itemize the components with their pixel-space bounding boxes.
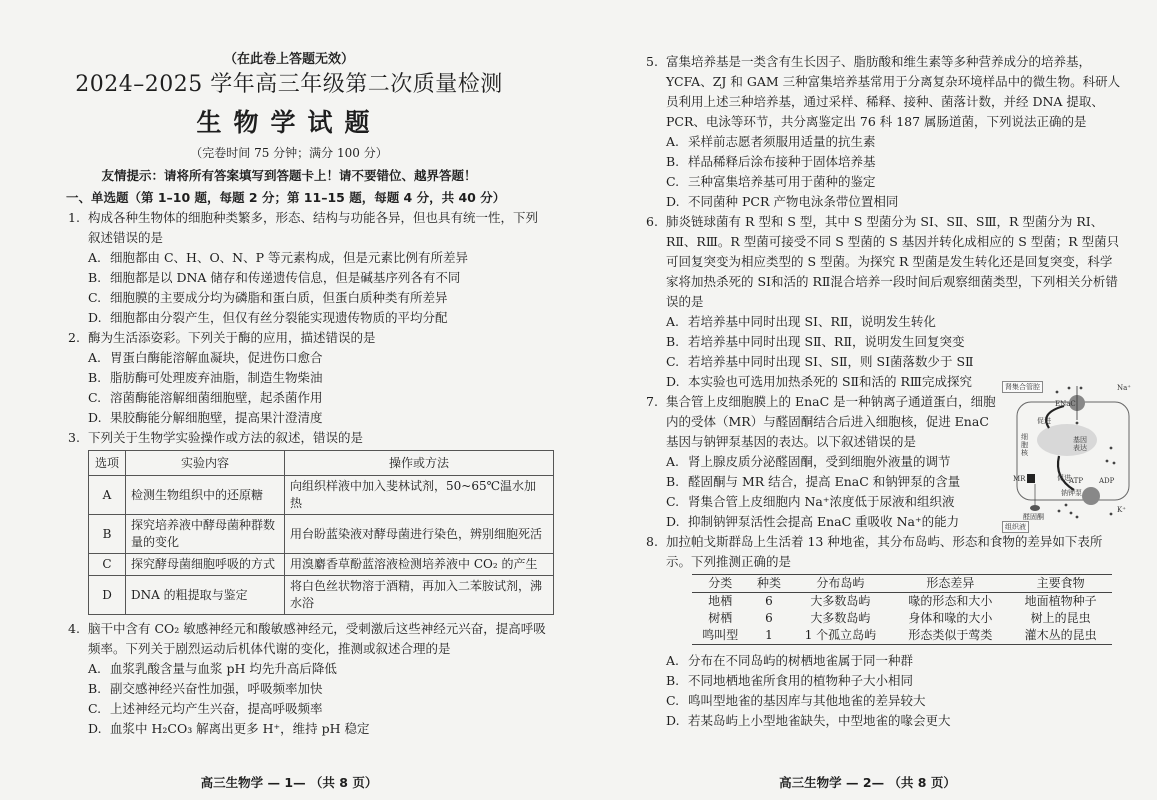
option-text: 果胶酶能分解细胞壁，提高果汁澄清度 [110, 408, 323, 428]
question-7: 7.集合管上皮细胞膜上的 EnaC 是一种钠离子通道蛋白，细胞内的受体（MR）与… [646, 392, 996, 532]
option-label: A. [666, 452, 688, 472]
question-8: 8.加拉帕戈斯群岛上生活着 13 种地雀，其分布岛屿、形态和食物的差异如下表所示… [646, 532, 1124, 731]
table-cell: 用台盼蓝染液对酵母菌进行染色，辨别细胞死活 [285, 515, 554, 554]
question-number: 2. [68, 328, 88, 348]
option-text: 副交感神经兴奋性加强，呼吸频率加快 [110, 679, 323, 699]
mr-label: MR [1013, 475, 1025, 483]
question-stem: 加拉帕戈斯群岛上生活着 13 种地雀，其分布岛屿、形态和食物的差异如下表所示。下… [666, 532, 1124, 572]
option-c: C.鸣叫型地雀的基因库与其他地雀的差异较大 [646, 691, 1124, 711]
question-stem: 构成各种生物体的细胞种类繁多，形态、结构与功能各异，但也具有统一性，下列叙述错误… [88, 208, 546, 248]
option-text: 脂肪酶可处理废弃油脂，制造生物柴油 [110, 368, 323, 388]
option-label: D. [666, 372, 688, 392]
invalid-notice: （在此卷上答题无效） [0, 48, 578, 67]
option-text: 采样前志愿者须服用适量的抗生素 [688, 132, 876, 152]
option-b: B.副交感神经兴奋性加强，呼吸频率加快 [68, 679, 546, 699]
option-d: D.细胞都由分裂产生，但仅有丝分裂能实现遗传物质的平均分配 [68, 308, 546, 328]
table-cell: 形态类似于莺类 [891, 627, 1009, 645]
option-label: C. [88, 699, 110, 719]
option-label: B. [88, 679, 110, 699]
question-number: 7. [646, 392, 666, 452]
option-text: 肾上腺皮质分泌醛固酮，受到细胞外液量的调节 [688, 452, 951, 472]
table-cell: B [89, 515, 126, 554]
table-cell: 大多数岛屿 [789, 593, 891, 611]
question-stem: 酶为生活添姿彩。下列关于酶的应用，描述错误的是 [88, 328, 546, 348]
option-text: 细胞都由 C、H、O、N、P 等元素构成，但是元素比例有所差异 [110, 248, 468, 268]
table-row: 地栖 6 大多数岛屿 喙的形态和大小 地面植物种子 [692, 593, 1112, 611]
option-text: 鸣叫型地雀的基因库与其他地雀的差异较大 [688, 691, 926, 711]
finch-table: 分类 种类 分布岛屿 形态差异 主要食物 地栖 6 大多数岛屿 喙的形态和大小 … [692, 574, 1112, 645]
table-header: 选项 [89, 451, 126, 476]
question-3: 3.下列关于生物学实验操作或方法的叙述，错误的是 选项 实验内容 操作或方法 A… [68, 428, 546, 615]
option-d: D.抑制钠钾泵活性会提高 EnaC 重吸收 Na⁺的能力 [646, 512, 996, 532]
question-4: 4.脑干中含有 CO₂ 敏感神经元和酸敏感神经元，受刺激后这些神经元兴奋，提高呼… [68, 619, 546, 739]
table-row: C 探究酵母菌细胞呼吸的方式 用溴麝香草酚蓝溶液检测培养液中 CO₂ 的产生 [89, 554, 554, 576]
table-cell: 1 [748, 627, 789, 645]
option-text: 若培养基中同时出现 SⅡ、RⅡ，说明发生回复突变 [688, 332, 964, 352]
table-cell: 鸣叫型 [692, 627, 748, 645]
na-label: Na⁺ [1117, 384, 1131, 392]
option-a: A.采样前志愿者须服用适量的抗生素 [646, 132, 1124, 152]
table-header: 操作或方法 [285, 451, 554, 476]
table-cell: 将白色丝状物溶于酒精，再加入二苯胺试剂，沸水浴 [285, 576, 554, 615]
option-label: A. [88, 348, 110, 368]
option-d: D.果胶酶能分解细胞壁，提高果汁澄清度 [68, 408, 546, 428]
option-a: A.胃蛋白酶能溶解血凝块，促进伤口愈合 [68, 348, 546, 368]
experiment-table: 选项 实验内容 操作或方法 A 检测生物组织中的还原糖 向组织样液中加入斐林试剂… [88, 450, 554, 615]
option-label: B. [666, 671, 688, 691]
option-text: 样品稀释后涂布接种于固体培养基 [688, 152, 876, 172]
question-number: 1. [68, 208, 88, 248]
option-c: C.若培养基中同时出现 SⅠ、SⅡ，则 SⅠ菌落数少于 SⅡ [646, 352, 1124, 372]
exam-title: 2024–2025 学年高三年级第二次质量检测 [0, 67, 578, 98]
option-text: 肾集合管上皮细胞内 Na⁺浓度低于尿液和组织液 [688, 492, 954, 512]
table-row: 树栖 6 大多数岛屿 身体和喙的大小 树上的昆虫 [692, 610, 1112, 627]
option-d: D.若某岛屿上小型地雀缺失，中型地雀的喙会更大 [646, 711, 1124, 731]
option-a: A.若培养基中同时出现 SⅠ、RⅡ，说明发生转化 [646, 312, 1124, 332]
option-label: A. [666, 312, 688, 332]
option-label: C. [666, 352, 688, 372]
question-2: 2.酶为生活添姿彩。下列关于酶的应用，描述错误的是 A.胃蛋白酶能溶解血凝块，促… [68, 328, 546, 428]
table-cell: 树上的昆虫 [1009, 610, 1112, 627]
table-cell: 6 [748, 610, 789, 627]
option-text: 细胞都是以 DNA 储存和传递遗传信息，但是碱基序列各有不同 [110, 268, 460, 288]
table-cell: 用溴麝香草酚蓝溶液检测培养液中 CO₂ 的产生 [285, 554, 554, 576]
table-cell: 探究培养液中酵母菌种群数量的变化 [126, 515, 285, 554]
option-c: C.上述神经元均产生兴奋，提高呼吸频率 [68, 699, 546, 719]
option-b: B.不同地栖地雀所食用的植物种子大小相同 [646, 671, 1124, 691]
option-label: A. [88, 248, 110, 268]
table-cell: A [89, 476, 126, 515]
table-cell: 身体和喙的大小 [891, 610, 1009, 627]
question-number: 4. [68, 619, 88, 659]
option-a: A.细胞都由 C、H、O、N、P 等元素构成，但是元素比例有所差异 [68, 248, 546, 268]
table-cell: 树栖 [692, 610, 748, 627]
table-header: 种类 [748, 575, 789, 593]
option-text: 若某岛屿上小型地雀缺失，中型地雀的喙会更大 [688, 711, 951, 731]
table-cell: C [89, 554, 126, 576]
question-stem: 集合管上皮细胞膜上的 EnaC 是一种钠离子通道蛋白，细胞内的受体（MR）与醛固… [666, 392, 996, 452]
option-c: C.三种富集培养基可用于菌种的鉴定 [646, 172, 1124, 192]
table-header: 分布岛屿 [789, 575, 891, 593]
table-cell: 6 [748, 593, 789, 611]
option-label: D. [666, 512, 688, 532]
option-label: C. [88, 388, 110, 408]
option-b: B.醛固酮与 MR 结合，提高 EnaC 和钠钾泵的含量 [646, 472, 996, 492]
option-text: 抑制钠钾泵活性会提高 EnaC 重吸收 Na⁺的能力 [688, 512, 959, 532]
lumen-label: 肾集合管腔 [1002, 381, 1043, 393]
table-cell: 大多数岛屿 [789, 610, 891, 627]
option-label: C. [88, 288, 110, 308]
question-stem: 富集培养基是一类含有生长因子、脂肪酸和维生素等多种营养成分的培养基，YCFA、Z… [666, 52, 1124, 132]
option-label: C. [666, 691, 688, 711]
collecting-duct-cell-diagram: 肾集合管腔 ENaC Na⁺ 促进 细胞核 基因表达 MR 促进 ATP ADP… [999, 378, 1149, 530]
question-stem: 下列关于生物学实验操作或方法的叙述，错误的是 [88, 428, 546, 448]
option-text: 胃蛋白酶能溶解血凝块，促进伤口愈合 [110, 348, 323, 368]
atp-label: ATP [1069, 477, 1083, 485]
table-row: 鸣叫型 1 1 个孤立岛屿 形态类似于莺类 灌木丛的昆虫 [692, 627, 1112, 645]
option-text: 血浆乳酸含量与血浆 pH 均先升高后降低 [110, 659, 337, 679]
option-c: C.肾集合管上皮细胞内 Na⁺浓度低于尿液和组织液 [646, 492, 996, 512]
option-b: B.细胞都是以 DNA 储存和传递遗传信息，但是碱基序列各有不同 [68, 268, 546, 288]
subject-title: 生物学试题 [0, 103, 578, 139]
table-header: 分类 [692, 575, 748, 593]
exam-page-1: （在此卷上答题无效） 2024–2025 学年高三年级第二次质量检测 生物学试题… [0, 0, 578, 800]
table-cell: 地面植物种子 [1009, 593, 1112, 611]
table-header: 实验内容 [126, 451, 285, 476]
option-label: D. [88, 408, 110, 428]
option-label: A. [88, 659, 110, 679]
question-stem: 肺炎链球菌有 R 型和 S 型，其中 S 型菌分为 SⅠ、SⅡ、SⅢ，R 型菌分… [666, 212, 1124, 312]
pump-label: 钠钾泵 [1061, 488, 1082, 498]
option-a: A.肾上腺皮质分泌醛固酮，受到细胞外液量的调节 [646, 452, 996, 472]
table-row: D DNA 的粗提取与鉴定 将白色丝状物溶于酒精，再加入二苯胺试剂，沸水浴 [89, 576, 554, 615]
option-b: B.脂肪酶可处理废弃油脂，制造生物柴油 [68, 368, 546, 388]
option-text: 分布在不同岛屿的树栖地雀属于同一种群 [688, 651, 913, 671]
option-label: B. [88, 368, 110, 388]
option-text: 三种富集培养基可用于菌种的鉴定 [688, 172, 876, 192]
table-cell: 检测生物组织中的还原糖 [126, 476, 285, 515]
option-label: D. [666, 711, 688, 731]
question-1: 1.构成各种生物体的细胞种类繁多，形态、结构与功能各异，但也具有统一性，下列叙述… [68, 208, 546, 328]
option-label: C. [666, 172, 688, 192]
table-row: A 检测生物组织中的还原糖 向组织样液中加入斐林试剂，50~65℃温水加热 [89, 476, 554, 515]
table-row: B 探究培养液中酵母菌种群数量的变化 用台盼蓝染液对酵母菌进行染色，辨别细胞死活 [89, 515, 554, 554]
option-label: D. [88, 719, 110, 739]
option-text: 上述神经元均产生兴奋，提高呼吸频率 [110, 699, 323, 719]
option-d: D.不同菌种 PCR 产物电泳条带位置相同 [646, 192, 1124, 212]
option-b: B.若培养基中同时出现 SⅡ、RⅡ，说明发生回复突变 [646, 332, 1124, 352]
table-cell: DNA 的粗提取与鉴定 [126, 576, 285, 615]
nucleus-label: 细胞核 [1021, 433, 1029, 457]
question-number: 5. [646, 52, 666, 132]
table-cell: 喙的形态和大小 [891, 593, 1009, 611]
promote-label-1: 促进 [1037, 416, 1051, 426]
exam-page-2: 5.富集培养基是一类含有生长因子、脂肪酸和维生素等多种营养成分的培养基，YCFA… [578, 0, 1157, 800]
option-text: 不同地栖地雀所食用的植物种子大小相同 [688, 671, 913, 691]
option-d: D.血浆中 H₂CO₃ 解离出更多 H⁺，维持 pH 稳定 [68, 719, 546, 739]
option-label: B. [666, 152, 688, 172]
exam-meta: （完卷时间 75 分钟；满分 100 分） [0, 144, 578, 161]
option-label: A. [666, 132, 688, 152]
option-label: D. [666, 192, 688, 212]
table-cell: 探究酵母菌细胞呼吸的方式 [126, 554, 285, 576]
option-text: 血浆中 H₂CO₃ 解离出更多 H⁺，维持 pH 稳定 [110, 719, 370, 739]
option-c: C.溶菌酶能溶解细菌细胞壁，起杀菌作用 [68, 388, 546, 408]
page1-questions: 1.构成各种生物体的细胞种类繁多，形态、结构与功能各异，但也具有统一性，下列叙述… [68, 208, 546, 739]
option-text: 若培养基中同时出现 SⅠ、RⅡ，说明发生转化 [688, 312, 936, 332]
question-stem: 脑干中含有 CO₂ 敏感神经元和酸敏感神经元，受刺激后这些神经元兴奋，提高呼吸频… [88, 619, 546, 659]
question-6: 6.肺炎链球菌有 R 型和 S 型，其中 S 型菌分为 SⅠ、SⅡ、SⅢ，R 型… [646, 212, 1124, 392]
option-label: B. [666, 472, 688, 492]
option-label: A. [666, 651, 688, 671]
option-label: B. [88, 268, 110, 288]
table-cell: D [89, 576, 126, 615]
enac-label: ENaC [1055, 400, 1076, 408]
option-text: 醛固酮与 MR 结合，提高 EnaC 和钠钾泵的含量 [688, 472, 960, 492]
gene-expression-label: 基因表达 [1073, 436, 1091, 452]
option-text: 本实验也可选用加热杀死的 SⅡ和活的 RⅢ完成探究 [688, 372, 972, 392]
adp-label: ADP [1099, 477, 1114, 485]
table-cell: 1 个孤立岛屿 [789, 627, 891, 645]
option-c: C.细胞膜的主要成分均为磷脂和蛋白质，但蛋白质种类有所差异 [68, 288, 546, 308]
section-heading: 一、单选题（第 1–10 题，每题 2 分；第 11–15 题，每题 4 分，共… [66, 188, 505, 206]
option-b: B.样品稀释后涂布接种于固体培养基 [646, 152, 1124, 172]
table-header: 形态差异 [891, 575, 1009, 593]
option-text: 不同菌种 PCR 产物电泳条带位置相同 [688, 192, 898, 212]
option-text: 溶菌酶能溶解细菌细胞壁，起杀菌作用 [110, 388, 323, 408]
question-5: 5.富集培养基是一类含有生长因子、脂肪酸和维生素等多种营养成分的培养基，YCFA… [646, 52, 1124, 212]
option-text: 若培养基中同时出现 SⅠ、SⅡ，则 SⅠ菌落数少于 SⅡ [688, 352, 974, 372]
k-label: K⁺ [1117, 506, 1126, 514]
exam-tip: 友情提示：请将所有答案填写到答题卡上！请不要错位、越界答题！ [0, 166, 578, 184]
option-text: 细胞都由分裂产生，但仅有丝分裂能实现遗传物质的平均分配 [110, 308, 448, 328]
option-label: C. [666, 492, 688, 512]
table-cell: 向组织样液中加入斐林试剂，50~65℃温水加热 [285, 476, 554, 515]
question-number: 6. [646, 212, 666, 312]
question-number: 8. [646, 532, 666, 572]
table-cell: 地栖 [692, 593, 748, 611]
option-a: A.分布在不同岛屿的树栖地雀属于同一种群 [646, 651, 1124, 671]
page-footer: 高三生物学 — 1— （共 8 页） [0, 773, 578, 791]
option-label: B. [666, 332, 688, 352]
question-number: 3. [68, 428, 88, 448]
table-cell: 灌木丛的昆虫 [1009, 627, 1112, 645]
page-footer: 高三生物学 — 2— （共 8 页） [578, 773, 1157, 791]
option-label: D. [88, 308, 110, 328]
option-a: A.血浆乳酸含量与血浆 pH 均先升高后降低 [68, 659, 546, 679]
option-text: 细胞膜的主要成分均为磷脂和蛋白质，但蛋白质种类有所差异 [110, 288, 448, 308]
tissue-fluid-label: 组织液 [1002, 521, 1029, 533]
table-header: 主要食物 [1009, 575, 1112, 593]
